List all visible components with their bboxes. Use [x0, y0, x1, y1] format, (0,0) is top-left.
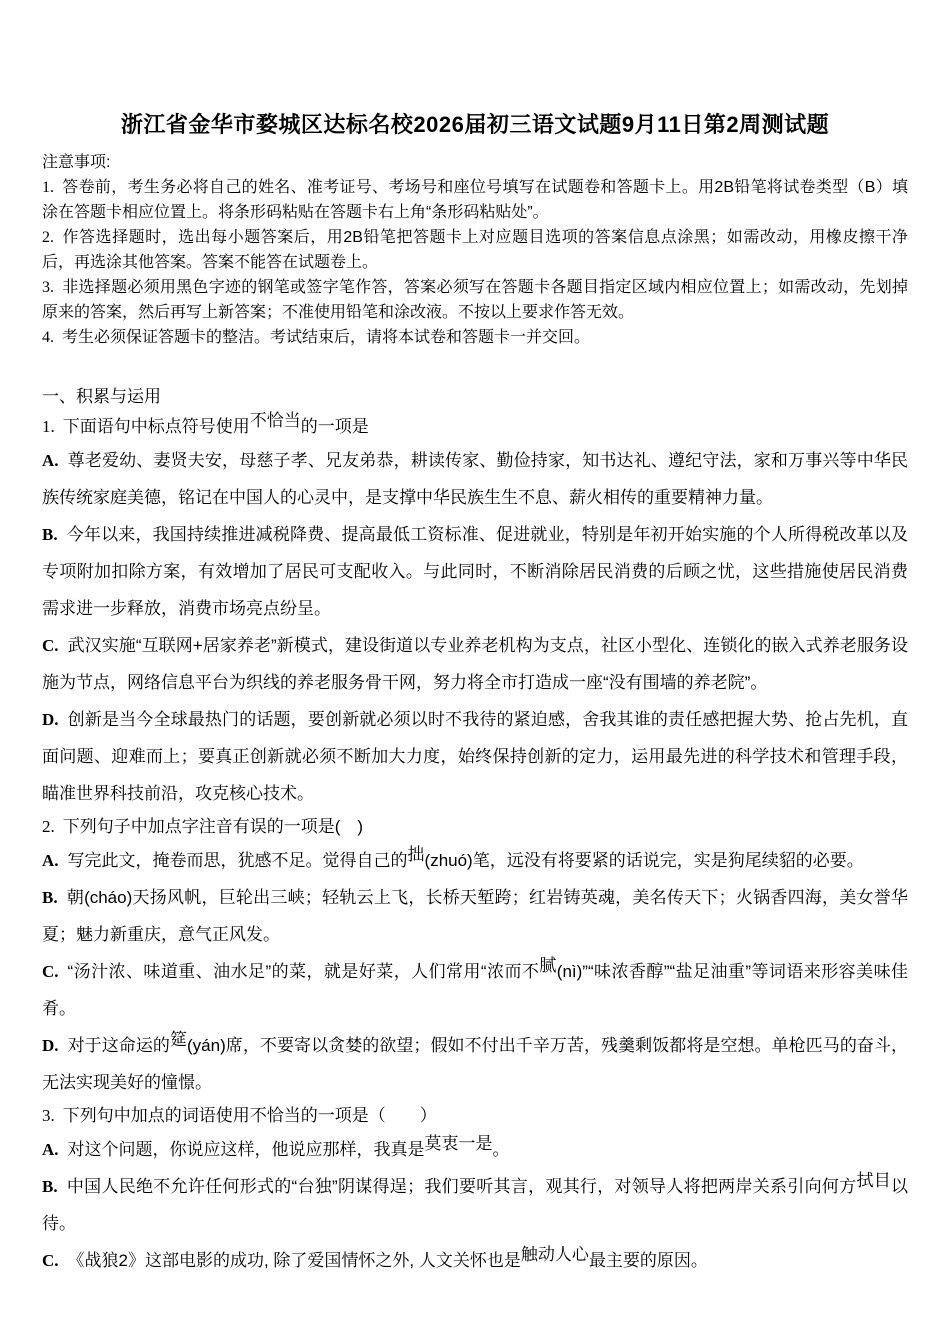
document-page: 浙江省金华市婺城区达标名校2026届初三语文试题9月11日第2周测试题注意事项:…: [0, 0, 950, 1344]
notice-item-2-run-0: 2.: [42, 229, 54, 246]
question-1-option-a-run-1: 尊老爱幼、妻贤夫安，母慈子孝、兄友弟恭，耕读传家、勤俭持家，知书达礼、遵纪守法，…: [42, 451, 908, 507]
question-2-stem-run-0: 2.: [42, 817, 55, 836]
question-2-option-a: A.写完此文，掩卷而思，犹感不足。觉得自己的拙(zhuó)笔，远没有将要紧的话说…: [42, 842, 908, 879]
notice-item-1-run-0: 1.: [42, 179, 54, 196]
question-1-stem-run-3: 的一项是: [301, 417, 369, 436]
question-3-option-c-run-2-emphasized: 触动人心: [521, 1245, 589, 1264]
notice-item-4-run-0: 4.: [42, 329, 54, 346]
notice-item-3-run-0: 3.: [42, 279, 54, 296]
question-3-stem-run-1: 下列句中加点的词语使用不恰当的一项是（ ）: [63, 1106, 437, 1125]
notice-item-4-run-1: 考生必须保证答题卡的整洁。考试结束后，请将本试卷和答题卡一并交回。: [62, 329, 590, 346]
question-2-option-d-run-2-emphasized: 筵: [170, 1030, 187, 1049]
question-2-option-d-run-1: 对于这命运的: [68, 1036, 170, 1055]
question-2-option-a-run-0: A.: [42, 851, 59, 870]
question-2-option-a-run-1: 写完此文，掩卷而思，犹感不足。觉得自己的: [68, 851, 408, 870]
question-3-option-a-run-0: A.: [42, 1140, 59, 1159]
notice-heading-run-0: 注意事项:: [42, 154, 110, 171]
question-1-option-a: A.尊老爱幼、妻贤夫安，母慈子孝、兄友弟恭，耕读传家、勤俭持家，知书达礼、遵纪守…: [42, 442, 908, 516]
question-3-option-b-run-2-emphasized: 拭目: [856, 1171, 891, 1190]
question-2-stem: 2.下列句子中加点字注音有误的一项是( ): [42, 812, 908, 842]
question-3-stem-run-0: 3.: [42, 1106, 55, 1125]
notice-item-3: 3.非选择题必须用黑色字迹的钢笔或签字笔作答，答案必须写在答题卡各题目指定区域内…: [42, 275, 908, 325]
question-3-option-b-run-1: 中国人民绝不允许任何形式的“台独”阴谋得逞；我们要听其言，观其行，对领导人将把两…: [67, 1177, 857, 1196]
question-2-option-d: D.对于这命运的筵(yán)席，不要寄以贪婪的欲望；假如不付出千辛万苦，残羹剩饭…: [42, 1027, 908, 1101]
question-1-option-d-run-1: 创新是当今全球最热门的话题，要创新就必须以时不我待的紧迫感，舍我其谁的责任感把握…: [42, 710, 908, 803]
question-1-option-b-run-0: B.: [42, 525, 58, 544]
question-3-option-a-run-1: 对这个问题，你说应这样，他说应那样，我真是: [68, 1140, 425, 1159]
question-1-option-b-run-1: 今年以来，我国持续推进减税降费、提高最低工资标准、促进就业，特别是年初开始实施的…: [42, 525, 908, 618]
question-1-stem-run-0: 1.: [42, 417, 55, 436]
question-1-option-a-run-0: A.: [42, 451, 59, 470]
question-3-option-b-run-0: B.: [42, 1177, 58, 1196]
question-3-option-c-run-3: 最主要的原因。: [589, 1251, 708, 1270]
question-2-option-a-run-3: (zhuó)笔，远没有将要紧的话说完，实是狗尾续貂的必要。: [425, 851, 864, 870]
question-2-option-c-run-1: “汤汁浓、味道重、油水足”的菜，就是好菜，人们常用“浓而不: [68, 962, 540, 981]
question-2-option-b-run-0: B.: [42, 888, 58, 907]
exam-title-run-0: 浙江省金华市婺城区达标名校2026届初三语文试题9月11日第2周测试题: [121, 112, 829, 137]
notice-item-2: 2.作答选择题时，选出每小题答案后，用2B铅笔把答题卡上对应题目选项的答案信息点…: [42, 225, 908, 275]
question-1-stem-run-2-emphasized: 不恰当: [250, 411, 301, 430]
section-heading-1: 一、积累与运用: [42, 382, 908, 412]
exam-title: 浙江省金华市婺城区达标名校2026届初三语文试题9月11日第2周测试题: [42, 108, 908, 142]
question-3-option-c-run-1: 《战狼2》这部电影的成功, 除了爱国情怀之外, 人文关怀也是: [68, 1251, 521, 1270]
notice-item-4: 4.考生必须保证答题卡的整洁。考试结束后，请将本试卷和答题卡一并交回。: [42, 325, 908, 350]
question-3-option-a-run-3: 。: [493, 1140, 510, 1159]
notice-item-1-run-1: 答卷前，考生务必将自己的姓名、准考证号、考场号和座位号填写在试题卷和答题卡上。用…: [42, 179, 908, 221]
question-3-option-a-run-2-emphasized: 莫衷一是: [425, 1134, 493, 1153]
notice-item-3-run-1: 非选择题必须用黑色字迹的钢笔或签字笔作答，答案必须写在答题卡各题目指定区域内相应…: [42, 279, 908, 321]
question-2-stem-run-1: 下列句子中加点字注音有误的一项是( ): [63, 817, 363, 836]
question-1-option-c-run-1: 武汉实施“互联网+居家养老”新模式，建设街道以专业养老机构为支点，社区小型化、连…: [42, 636, 908, 692]
question-1-option-c-run-0: C.: [42, 636, 59, 655]
question-2-option-b: B.朝(cháo)天扬风帆，巨轮出三峡；轻轨云上飞，长桥天堑跨；红岩铸英魂，美名…: [42, 879, 908, 953]
notice-item-1: 1.答卷前，考生务必将自己的姓名、准考证号、考场号和座位号填写在试题卷和答题卡上…: [42, 175, 908, 225]
question-1-option-b: B.今年以来，我国持续推进减税降费、提高最低工资标准、促进就业，特别是年初开始实…: [42, 516, 908, 627]
question-2-option-c-run-2-emphasized: 腻: [539, 956, 556, 975]
question-3-option-b: B.中国人民绝不允许任何形式的“台独”阴谋得逞；我们要听其言，观其行，对领导人将…: [42, 1168, 908, 1242]
question-3-stem: 3.下列句中加点的词语使用不恰当的一项是（ ）: [42, 1101, 908, 1131]
question-2-option-c: C.“汤汁浓、味道重、油水足”的菜，就是好菜，人们常用“浓而不腻(nì)”“味浓…: [42, 953, 908, 1027]
section-heading-1-run-0: 一、积累与运用: [42, 387, 161, 406]
question-2-option-c-run-0: C.: [42, 962, 59, 981]
question-2-option-d-run-0: D.: [42, 1036, 59, 1055]
question-2-option-b-run-1: 朝(cháo)天扬风帆，巨轮出三峡；轻轨云上飞，长桥天堑跨；红岩铸英魂，美名传天…: [42, 888, 908, 944]
question-1-option-d-run-0: D.: [42, 710, 59, 729]
question-1-stem: 1.下面语句中标点符号使用不恰当的一项是: [42, 412, 908, 442]
question-3-option-c-run-0: C.: [42, 1251, 59, 1270]
document-content: 浙江省金华市婺城区达标名校2026届初三语文试题9月11日第2周测试题注意事项:…: [42, 108, 908, 1279]
notice-item-2-run-1: 作答选择题时，选出每小题答案后，用2B铅笔把答题卡上对应题目选项的答案信息点涂黑…: [42, 229, 908, 271]
question-2-option-a-run-2-emphasized: 拙: [408, 845, 425, 864]
question-1-option-d: D.创新是当今全球最热门的话题，要创新就必须以时不我待的紧迫感，舍我其谁的责任感…: [42, 701, 908, 812]
notice-heading: 注意事项:: [42, 150, 908, 175]
question-3-option-a: A.对这个问题，你说应这样，他说应那样，我真是莫衷一是。: [42, 1131, 908, 1168]
question-3-option-c: C.《战狼2》这部电影的成功, 除了爱国情怀之外, 人文关怀也是触动人心最主要的…: [42, 1242, 908, 1279]
question-1-stem-run-1: 下面语句中标点符号使用: [63, 417, 250, 436]
question-1-option-c: C.武汉实施“互联网+居家养老”新模式，建设街道以专业养老机构为支点，社区小型化…: [42, 627, 908, 701]
